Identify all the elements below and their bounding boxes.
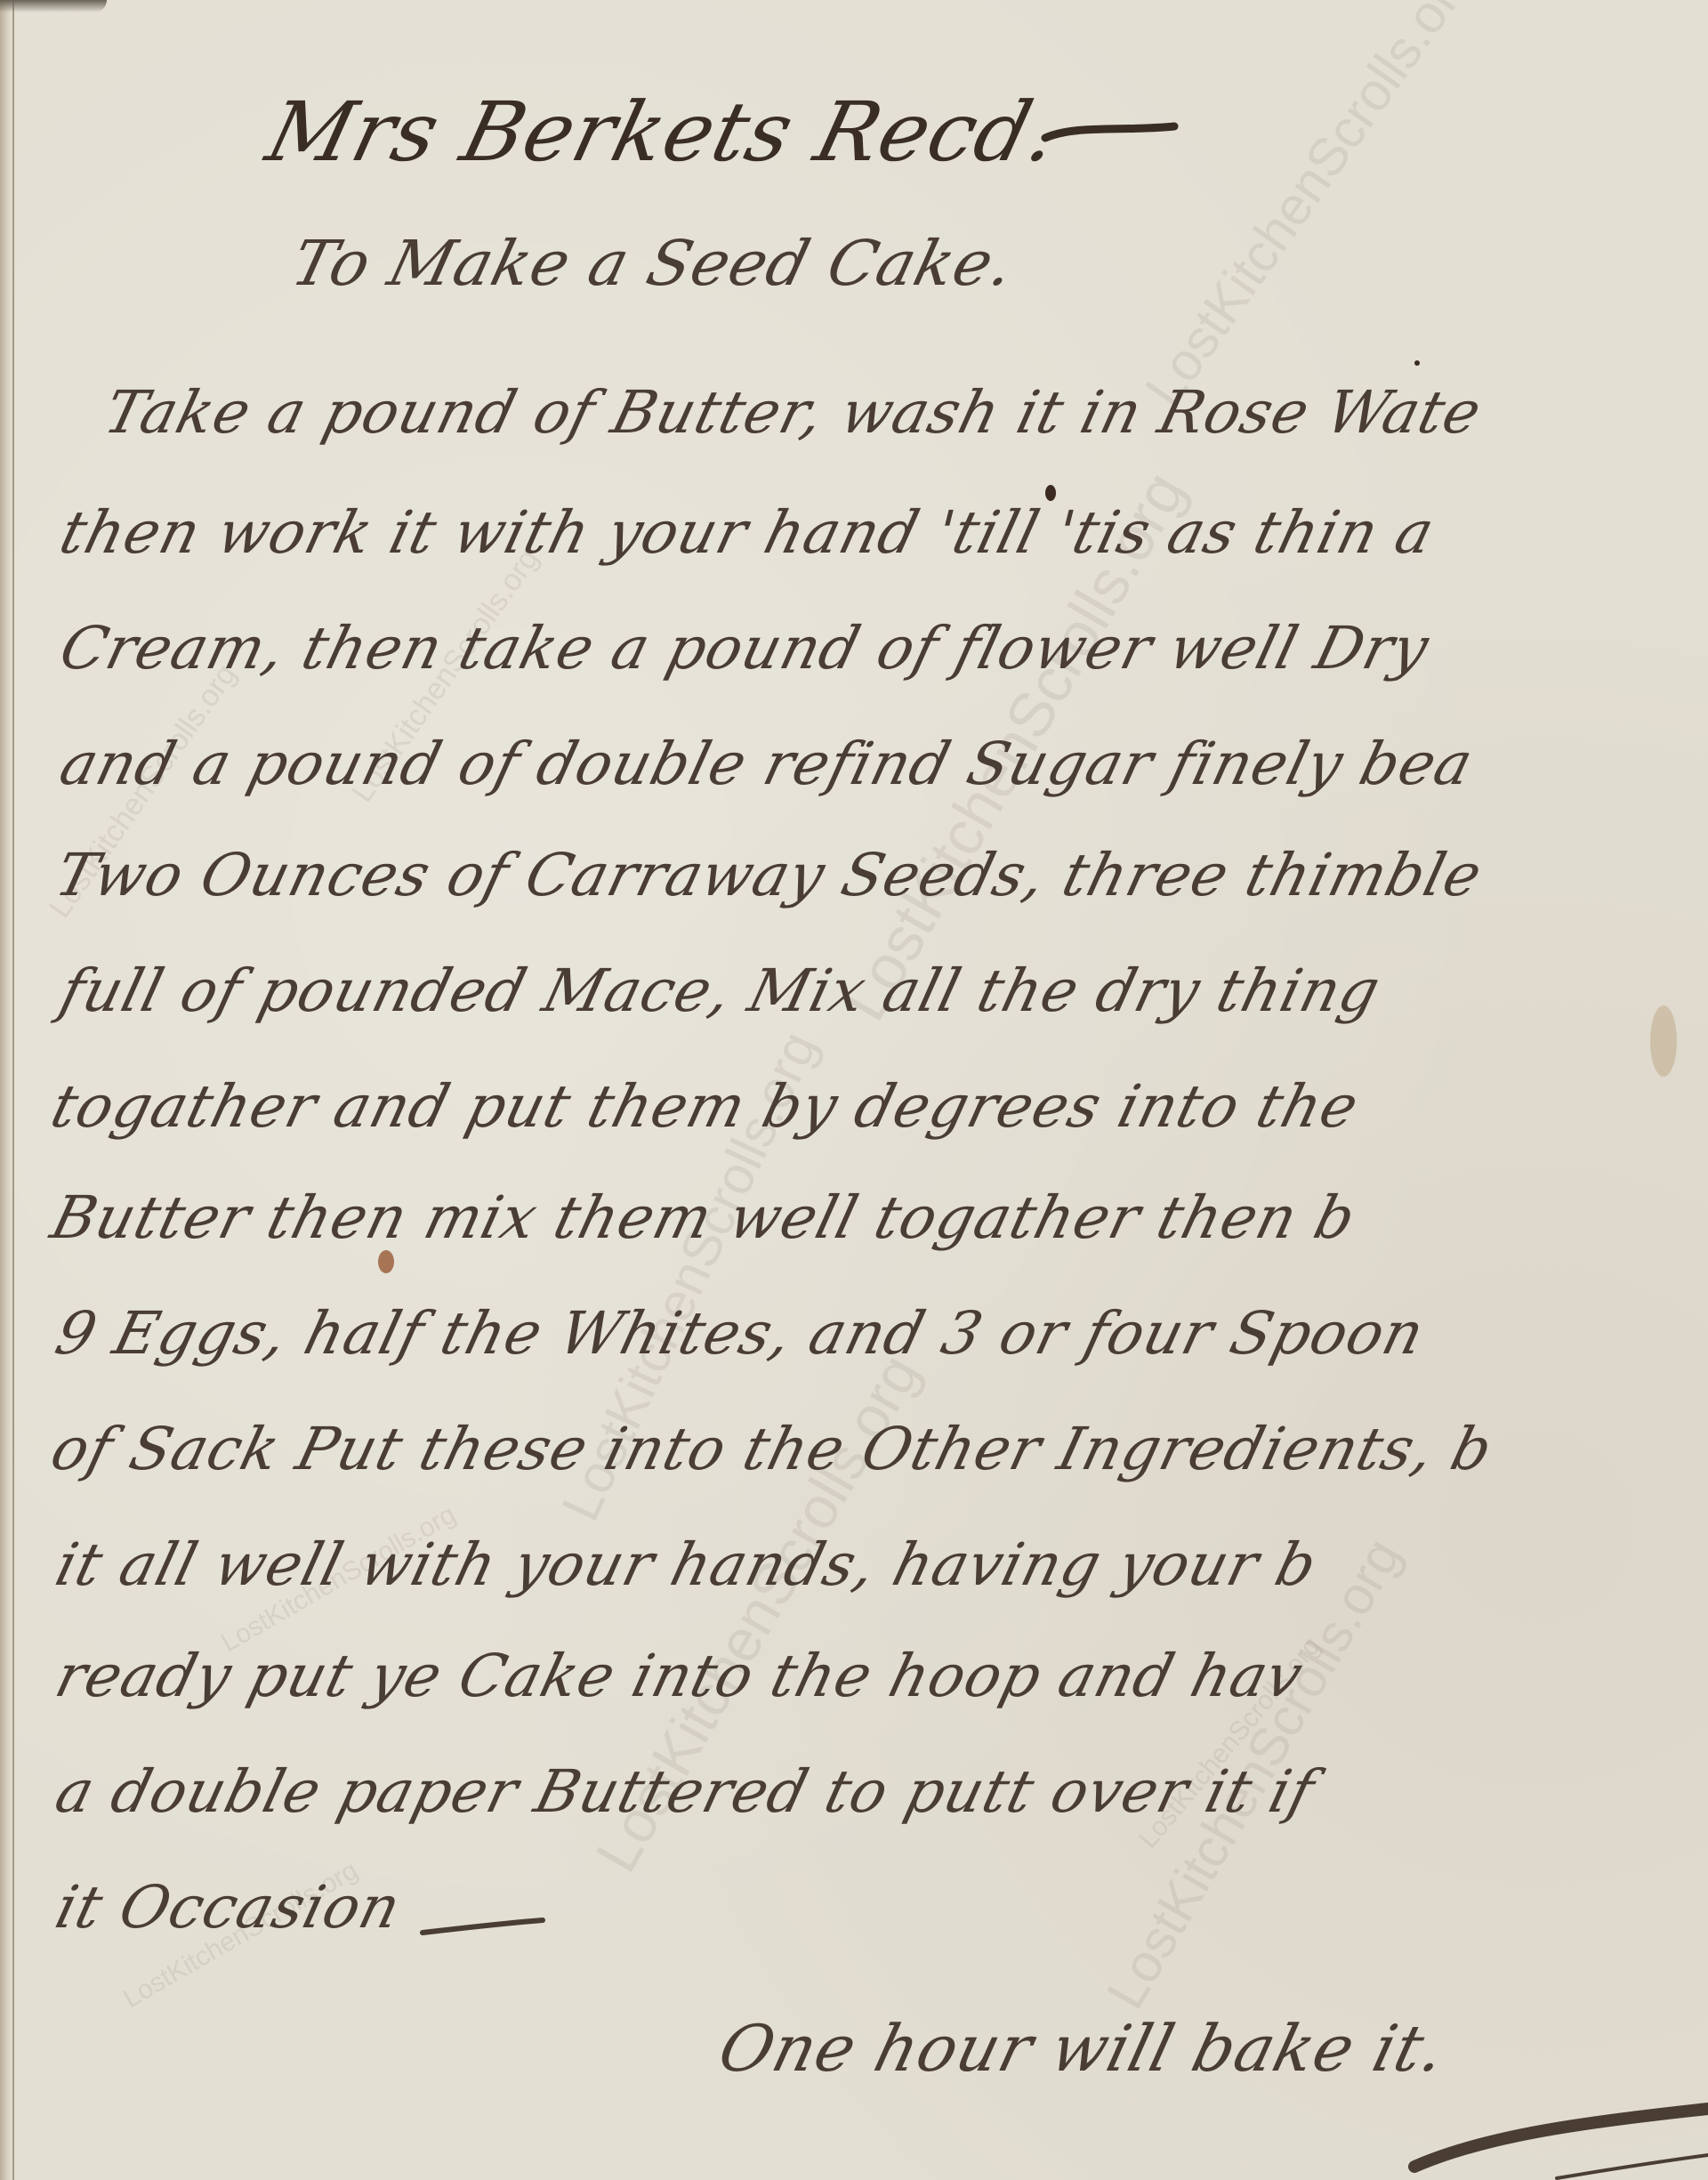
manuscript-page: LostKitchenScrolls.org LostKitchenScroll… — [0, 0, 1708, 2180]
recipe-line: togather and put them by degrees into th… — [44, 1072, 1366, 1141]
baking-time-note: One hour will bake it. — [712, 2011, 1454, 2086]
page-corner-shadow — [0, 0, 107, 12]
watermark: LostKitchenScrolls.org — [1132, 0, 1487, 417]
foxing-stain — [1650, 1005, 1677, 1077]
recipe-line: a double paper Buttered to putt over it … — [49, 1757, 1322, 1826]
recipe-source-heading: Mrs Berkets Recd. — [258, 85, 1068, 180]
recipe-line: ready put ye Cake into the hoop and hav — [49, 1642, 1309, 1710]
recipe-line: Two Ounces of Carraway Seeds, three thim… — [49, 841, 1489, 909]
bottom-flourish — [1406, 2073, 1708, 2180]
recipe-line: 9 Eggs, half the Whites, and 3 or four S… — [49, 1299, 1431, 1368]
recipe-line: Butter then mix them well togather then … — [44, 1183, 1363, 1252]
ink-blot — [1414, 360, 1420, 366]
recipe-line: Take a pound of Butter, wash it in Rose … — [98, 378, 1488, 447]
page-binding-edge — [0, 0, 14, 2180]
recipe-line: it Occasion — [49, 1873, 407, 1942]
heading-flourish — [1041, 116, 1183, 151]
recipe-line: then work it with your hand 'till 'tis a… — [53, 498, 1441, 567]
recipe-title: To Make a Seed Cake. — [285, 227, 1022, 300]
foxing-stain — [378, 1250, 394, 1273]
recipe-line: Cream, then take a pound of flower well … — [53, 614, 1436, 682]
recipe-line: full of pounded Mace, Mix all the dry th… — [53, 957, 1387, 1025]
recipe-line: it all well with your hands, having your… — [49, 1530, 1325, 1599]
recipe-line: of Sack Put these into the Other Ingredi… — [44, 1415, 1500, 1483]
recipe-line: and a pound of double refind Sugar finel… — [53, 730, 1480, 798]
line-end-flourish — [418, 1913, 552, 1940]
